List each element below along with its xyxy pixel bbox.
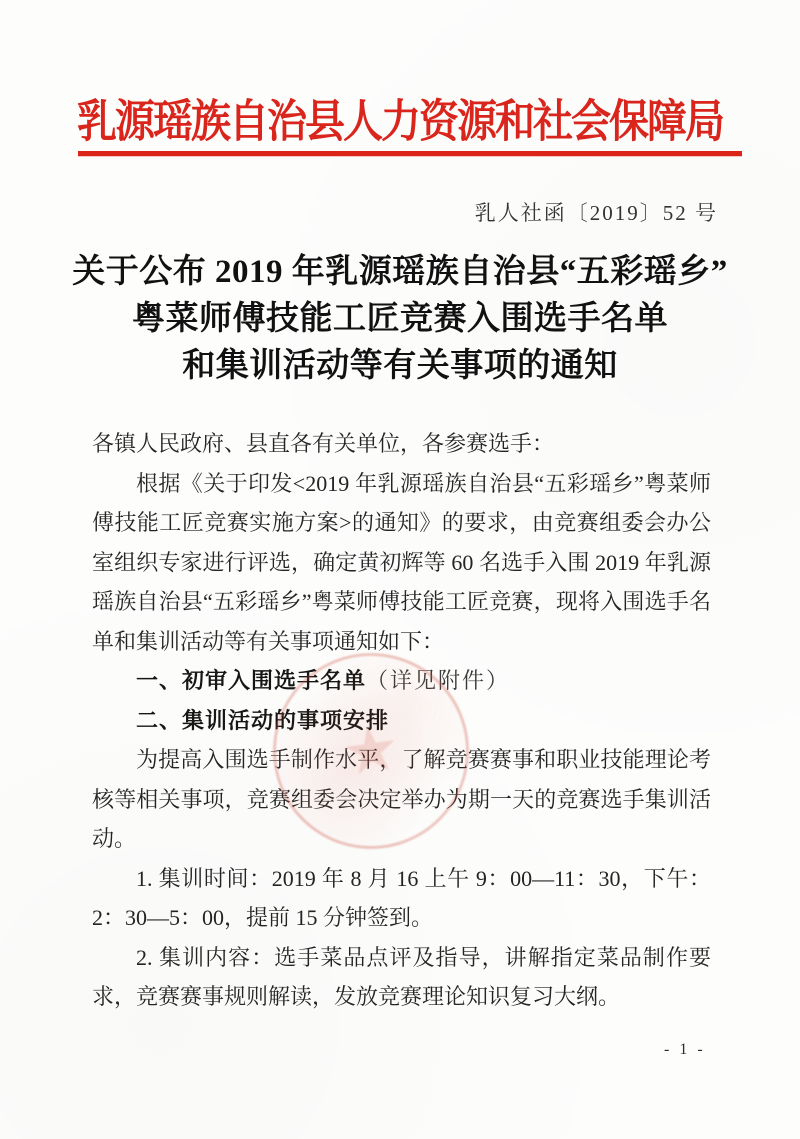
document-page: 乳源瑶族自治县人力资源和社会保障局 乳人社函〔2019〕52 号 关于公布 20… xyxy=(0,0,800,1139)
page-number: - 1 - xyxy=(664,1041,706,1059)
title-line-3: 和集训活动等有关事项的通知 xyxy=(40,343,760,390)
training-time-item: 1. 集训时间：2019 年 8 月 16 上午 9：00—11：30，下午：2… xyxy=(92,859,711,938)
intro-paragraph: 根据《关于印发<2019 年乳源瑶族自治县“五彩瑶乡”粤菜师傅技能工匠竞赛实施方… xyxy=(92,464,711,662)
document-reference-number: 乳人社函〔2019〕52 号 xyxy=(475,197,718,227)
section-1-attachment-note: （详见附件） xyxy=(366,668,510,693)
section-2-line: 二、集训活动的事项安排 xyxy=(92,701,711,741)
section-1-heading: 一、初审入围选手名单 xyxy=(136,668,366,693)
document-title: 关于公布 2019 年乳源瑶族自治县“五彩瑶乡” 粤菜师傅技能工匠竞赛入围选手名… xyxy=(40,249,760,390)
document-body: 各镇人民政府、县直各有关单位，各参赛选手： 根据《关于印发<2019 年乳源瑶族… xyxy=(92,424,711,1017)
letterhead-divider-line xyxy=(78,151,742,156)
salutation-line: 各镇人民政府、县直各有关单位，各参赛选手： xyxy=(92,424,711,464)
training-overview-paragraph: 为提高入围选手制作水平，了解竞赛赛事和职业技能理论考核等相关事项，竞赛组委会决定… xyxy=(92,740,711,859)
agency-letterhead: 乳源瑶族自治县人力资源和社会保障局 xyxy=(0,86,800,150)
section-1-line: 一、初审入围选手名单（详见附件） xyxy=(92,661,711,701)
title-line-1: 关于公布 2019 年乳源瑶族自治县“五彩瑶乡” xyxy=(40,249,760,296)
training-content-item: 2. 集训内容：选手菜品点评及指导，讲解指定菜品制作要求，竞赛赛事规则解读，发放… xyxy=(92,938,711,1017)
title-line-2: 粤菜师傅技能工匠竞赛入围选手名单 xyxy=(40,296,760,343)
section-2-heading: 二、集训活动的事项安排 xyxy=(136,708,389,733)
